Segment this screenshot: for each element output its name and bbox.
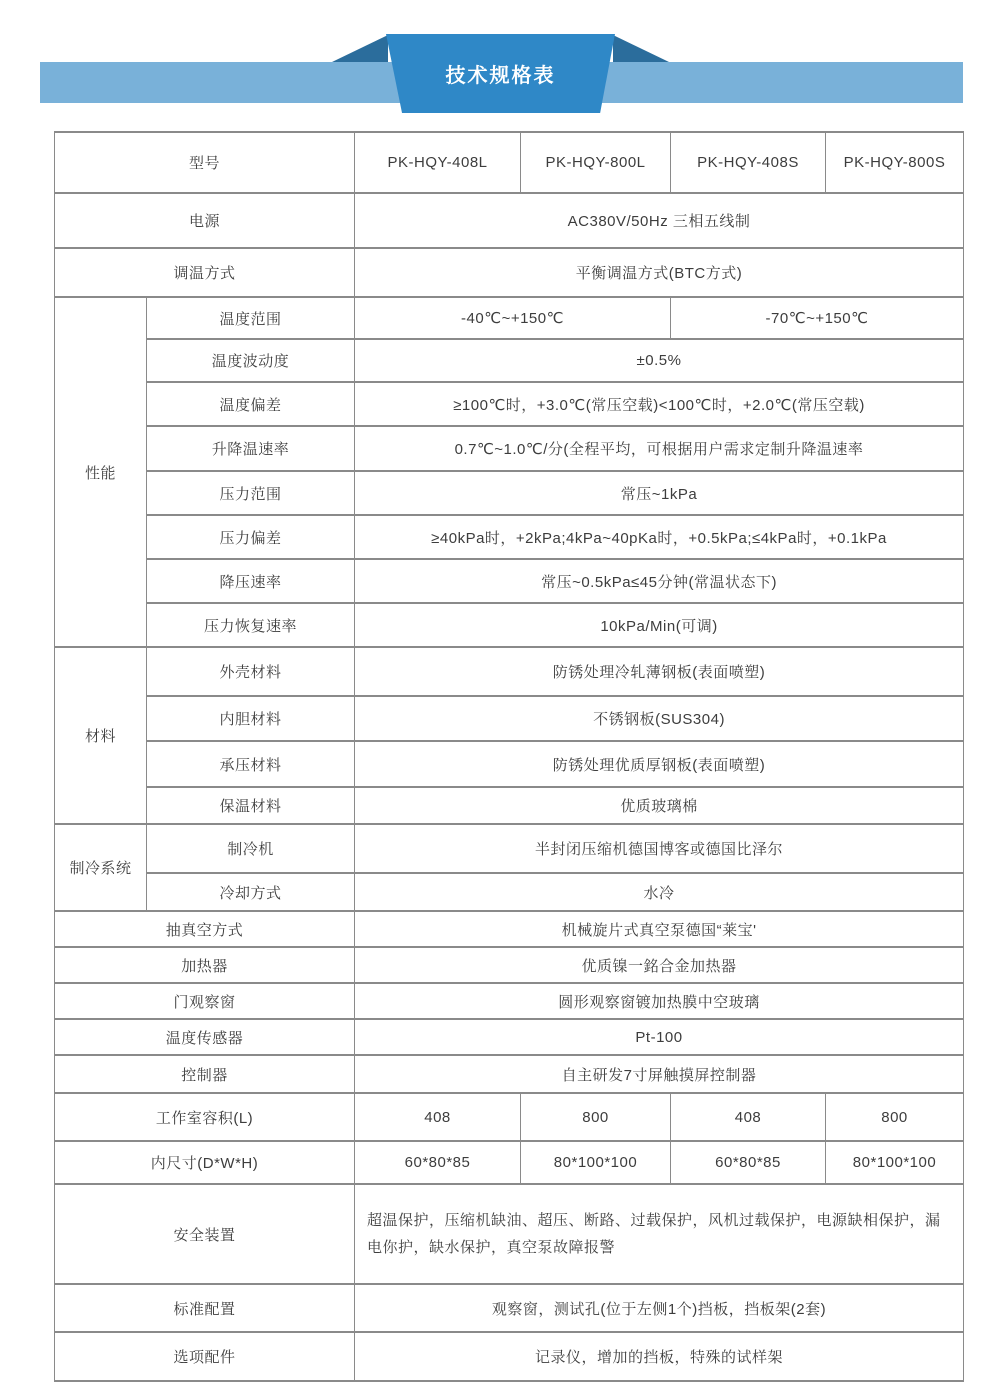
dimensions-value-4: 80*100*100	[826, 1141, 964, 1184]
controller-value: 自主研发7寸屏触摸屏控制器	[355, 1055, 964, 1093]
header-banner: 技术规格表	[0, 0, 1000, 131]
row-pressure-range: 压力范围 常压~1kPa	[55, 471, 964, 515]
depressurization-rate-label: 降压速率	[147, 559, 355, 603]
model-value-800s: PK-HQY-800S	[826, 132, 964, 193]
safety-label: 安全装置	[55, 1184, 355, 1284]
banner-ribbon: 技术规格表	[386, 34, 615, 113]
shell-material-label: 外壳材料	[147, 647, 355, 696]
row-standard-config: 标准配置 观察窗，测试孔(位于左侧1个)挡板，挡板架(2套)	[55, 1284, 964, 1332]
door-window-label: 门观察窗	[55, 983, 355, 1019]
ramp-rate-value: 0.7℃~1.0℃/分(全程平均，可根据用户需求定制升降温速率	[355, 426, 964, 471]
model-label: 型号	[55, 132, 355, 193]
volume-value-1: 408	[355, 1093, 521, 1141]
banner-fold-left	[332, 35, 388, 62]
pressure-material-label: 承压材料	[147, 741, 355, 787]
temp-mode-value: 平衡调温方式(BTC方式)	[355, 248, 964, 297]
row-heater: 加热器 优质镍一銘合金加热器	[55, 947, 964, 983]
row-power: 电源 AC380V/50Hz 三相五线制	[55, 193, 964, 248]
heater-label: 加热器	[55, 947, 355, 983]
controller-label: 控制器	[55, 1055, 355, 1093]
volume-value-2: 800	[521, 1093, 671, 1141]
cooling-method-value: 水冷	[355, 873, 964, 911]
row-pressure-recovery: 压力恢复速率 10kPa/Min(可调)	[55, 603, 964, 647]
volume-value-4: 800	[826, 1093, 964, 1141]
temp-deviation-value: ≥100℃时，+3.0℃(常压空载)<100℃时，+2.0℃(常压空载)	[355, 382, 964, 426]
dimensions-value-2: 80*100*100	[521, 1141, 671, 1184]
row-refrigerator: 制冷系统 制冷机 半封闭压缩机德国博客或德国比泽尔	[55, 824, 964, 873]
cooling-group-label: 制冷系统	[55, 824, 147, 911]
row-model: 型号 PK-HQY-408L PK-HQY-800L PK-HQY-408S P…	[55, 132, 964, 193]
door-window-value: 圆形观察窗镀加热膜中空玻璃	[355, 983, 964, 1019]
optional-accessories-value: 记录仪，增加的挡板，特殊的试样架	[355, 1332, 964, 1381]
volume-value-3: 408	[671, 1093, 826, 1141]
dimensions-value-3: 60*80*85	[671, 1141, 826, 1184]
row-pressure-deviation: 压力偏差 ≥40kPa时，+2kPa;4kPa~40pKa时，+0.5kPa;≤…	[55, 515, 964, 559]
cooling-method-label: 冷却方式	[147, 873, 355, 911]
row-temp-range: 性能 温度范围 -40℃~+150℃ -70℃~+150℃	[55, 297, 964, 339]
temp-range-value-right: -70℃~+150℃	[671, 297, 964, 339]
row-temp-sensor: 温度传感器 Pt-100	[55, 1019, 964, 1055]
temp-fluctuation-value: ±0.5%	[355, 339, 964, 382]
refrigerator-label: 制冷机	[147, 824, 355, 873]
row-safety: 安全装置 超温保护，压缩机缺油、超压、断路、过载保护，风机过载保护，电源缺相保护…	[55, 1184, 964, 1284]
page-title: 技术规格表	[446, 59, 556, 88]
liner-material-value: 不锈钢板(SUS304)	[355, 696, 964, 741]
insulation-material-label: 保温材料	[147, 787, 355, 824]
refrigerator-value: 半封闭压缩机德国博客或德国比泽尔	[355, 824, 964, 873]
pressure-material-value: 防锈处理优质厚钢板(表面喷塑)	[355, 741, 964, 787]
depressurization-rate-value: 常压~0.5kPa≤45分钟(常温状态下)	[355, 559, 964, 603]
row-controller: 控制器 自主研发7寸屏触摸屏控制器	[55, 1055, 964, 1093]
temp-mode-label: 调温方式	[55, 248, 355, 297]
row-door-window: 门观察窗 圆形观察窗镀加热膜中空玻璃	[55, 983, 964, 1019]
standard-config-label: 标准配置	[55, 1284, 355, 1332]
heater-value: 优质镍一銘合金加热器	[355, 947, 964, 983]
pressure-deviation-label: 压力偏差	[147, 515, 355, 559]
row-temp-mode: 调温方式 平衡调温方式(BTC方式)	[55, 248, 964, 297]
vacuum-method-value: 机械旋片式真空泵德国“莱宝'	[355, 911, 964, 947]
ramp-rate-label: 升降温速率	[147, 426, 355, 471]
liner-material-label: 内胆材料	[147, 696, 355, 741]
standard-config-value: 观察窗，测试孔(位于左侧1个)挡板，挡板架(2套)	[355, 1284, 964, 1332]
pressure-deviation-value: ≥40kPa时，+2kPa;4kPa~40pKa时，+0.5kPa;≤4kPa时…	[355, 515, 964, 559]
power-label: 电源	[55, 193, 355, 248]
material-group-label: 材料	[55, 647, 147, 824]
power-value: AC380V/50Hz 三相五线制	[355, 193, 964, 248]
row-shell-material: 材料 外壳材料 防锈处理冷轧薄钢板(表面喷塑)	[55, 647, 964, 696]
temp-fluctuation-label: 温度波动度	[147, 339, 355, 382]
pressure-recovery-label: 压力恢复速率	[147, 603, 355, 647]
volume-label: 工作室容积(L)	[55, 1093, 355, 1141]
temp-deviation-label: 温度偏差	[147, 382, 355, 426]
row-insulation-material: 保温材料 优质玻璃棉	[55, 787, 964, 824]
temp-range-value-left: -40℃~+150℃	[355, 297, 671, 339]
row-volume: 工作室容积(L) 408 800 408 800	[55, 1093, 964, 1141]
row-cooling-method: 冷却方式 水冷	[55, 873, 964, 911]
pressure-range-label: 压力范围	[147, 471, 355, 515]
optional-accessories-label: 选项配件	[55, 1332, 355, 1381]
row-dimensions: 内尺寸(D*W*H) 60*80*85 80*100*100 60*80*85 …	[55, 1141, 964, 1184]
row-temp-fluctuation: 温度波动度 ±0.5%	[55, 339, 964, 382]
vacuum-method-label: 抽真空方式	[55, 911, 355, 947]
temp-range-label: 温度范围	[147, 297, 355, 339]
row-depressurization-rate: 降压速率 常压~0.5kPa≤45分钟(常温状态下)	[55, 559, 964, 603]
temp-sensor-value: Pt-100	[355, 1019, 964, 1055]
pressure-recovery-value: 10kPa/Min(可调)	[355, 603, 964, 647]
dimensions-label: 内尺寸(D*W*H)	[55, 1141, 355, 1184]
pressure-range-value: 常压~1kPa	[355, 471, 964, 515]
row-vacuum-method: 抽真空方式 机械旋片式真空泵德国“莱宝'	[55, 911, 964, 947]
temp-sensor-label: 温度传感器	[55, 1019, 355, 1055]
row-pressure-material: 承压材料 防锈处理优质厚钢板(表面喷塑)	[55, 741, 964, 787]
insulation-material-value: 优质玻璃棉	[355, 787, 964, 824]
model-value-408s: PK-HQY-408S	[671, 132, 826, 193]
model-value-800l: PK-HQY-800L	[521, 132, 671, 193]
banner-fold-right	[613, 35, 669, 62]
shell-material-value: 防锈处理冷轧薄钢板(表面喷塑)	[355, 647, 964, 696]
safety-value: 超温保护，压缩机缺油、超压、断路、过载保护，风机过载保护，电源缺相保护，漏电你护…	[355, 1184, 964, 1284]
row-liner-material: 内胆材料 不锈钢板(SUS304)	[55, 696, 964, 741]
performance-group-label: 性能	[55, 297, 147, 647]
spec-table: 型号 PK-HQY-408L PK-HQY-800L PK-HQY-408S P…	[54, 131, 964, 1382]
dimensions-value-1: 60*80*85	[355, 1141, 521, 1184]
row-ramp-rate: 升降温速率 0.7℃~1.0℃/分(全程平均，可根据用户需求定制升降温速率	[55, 426, 964, 471]
row-optional-accessories: 选项配件 记录仪，增加的挡板，特殊的试样架	[55, 1332, 964, 1381]
row-temp-deviation: 温度偏差 ≥100℃时，+3.0℃(常压空载)<100℃时，+2.0℃(常压空载…	[55, 382, 964, 426]
model-value-408l: PK-HQY-408L	[355, 132, 521, 193]
